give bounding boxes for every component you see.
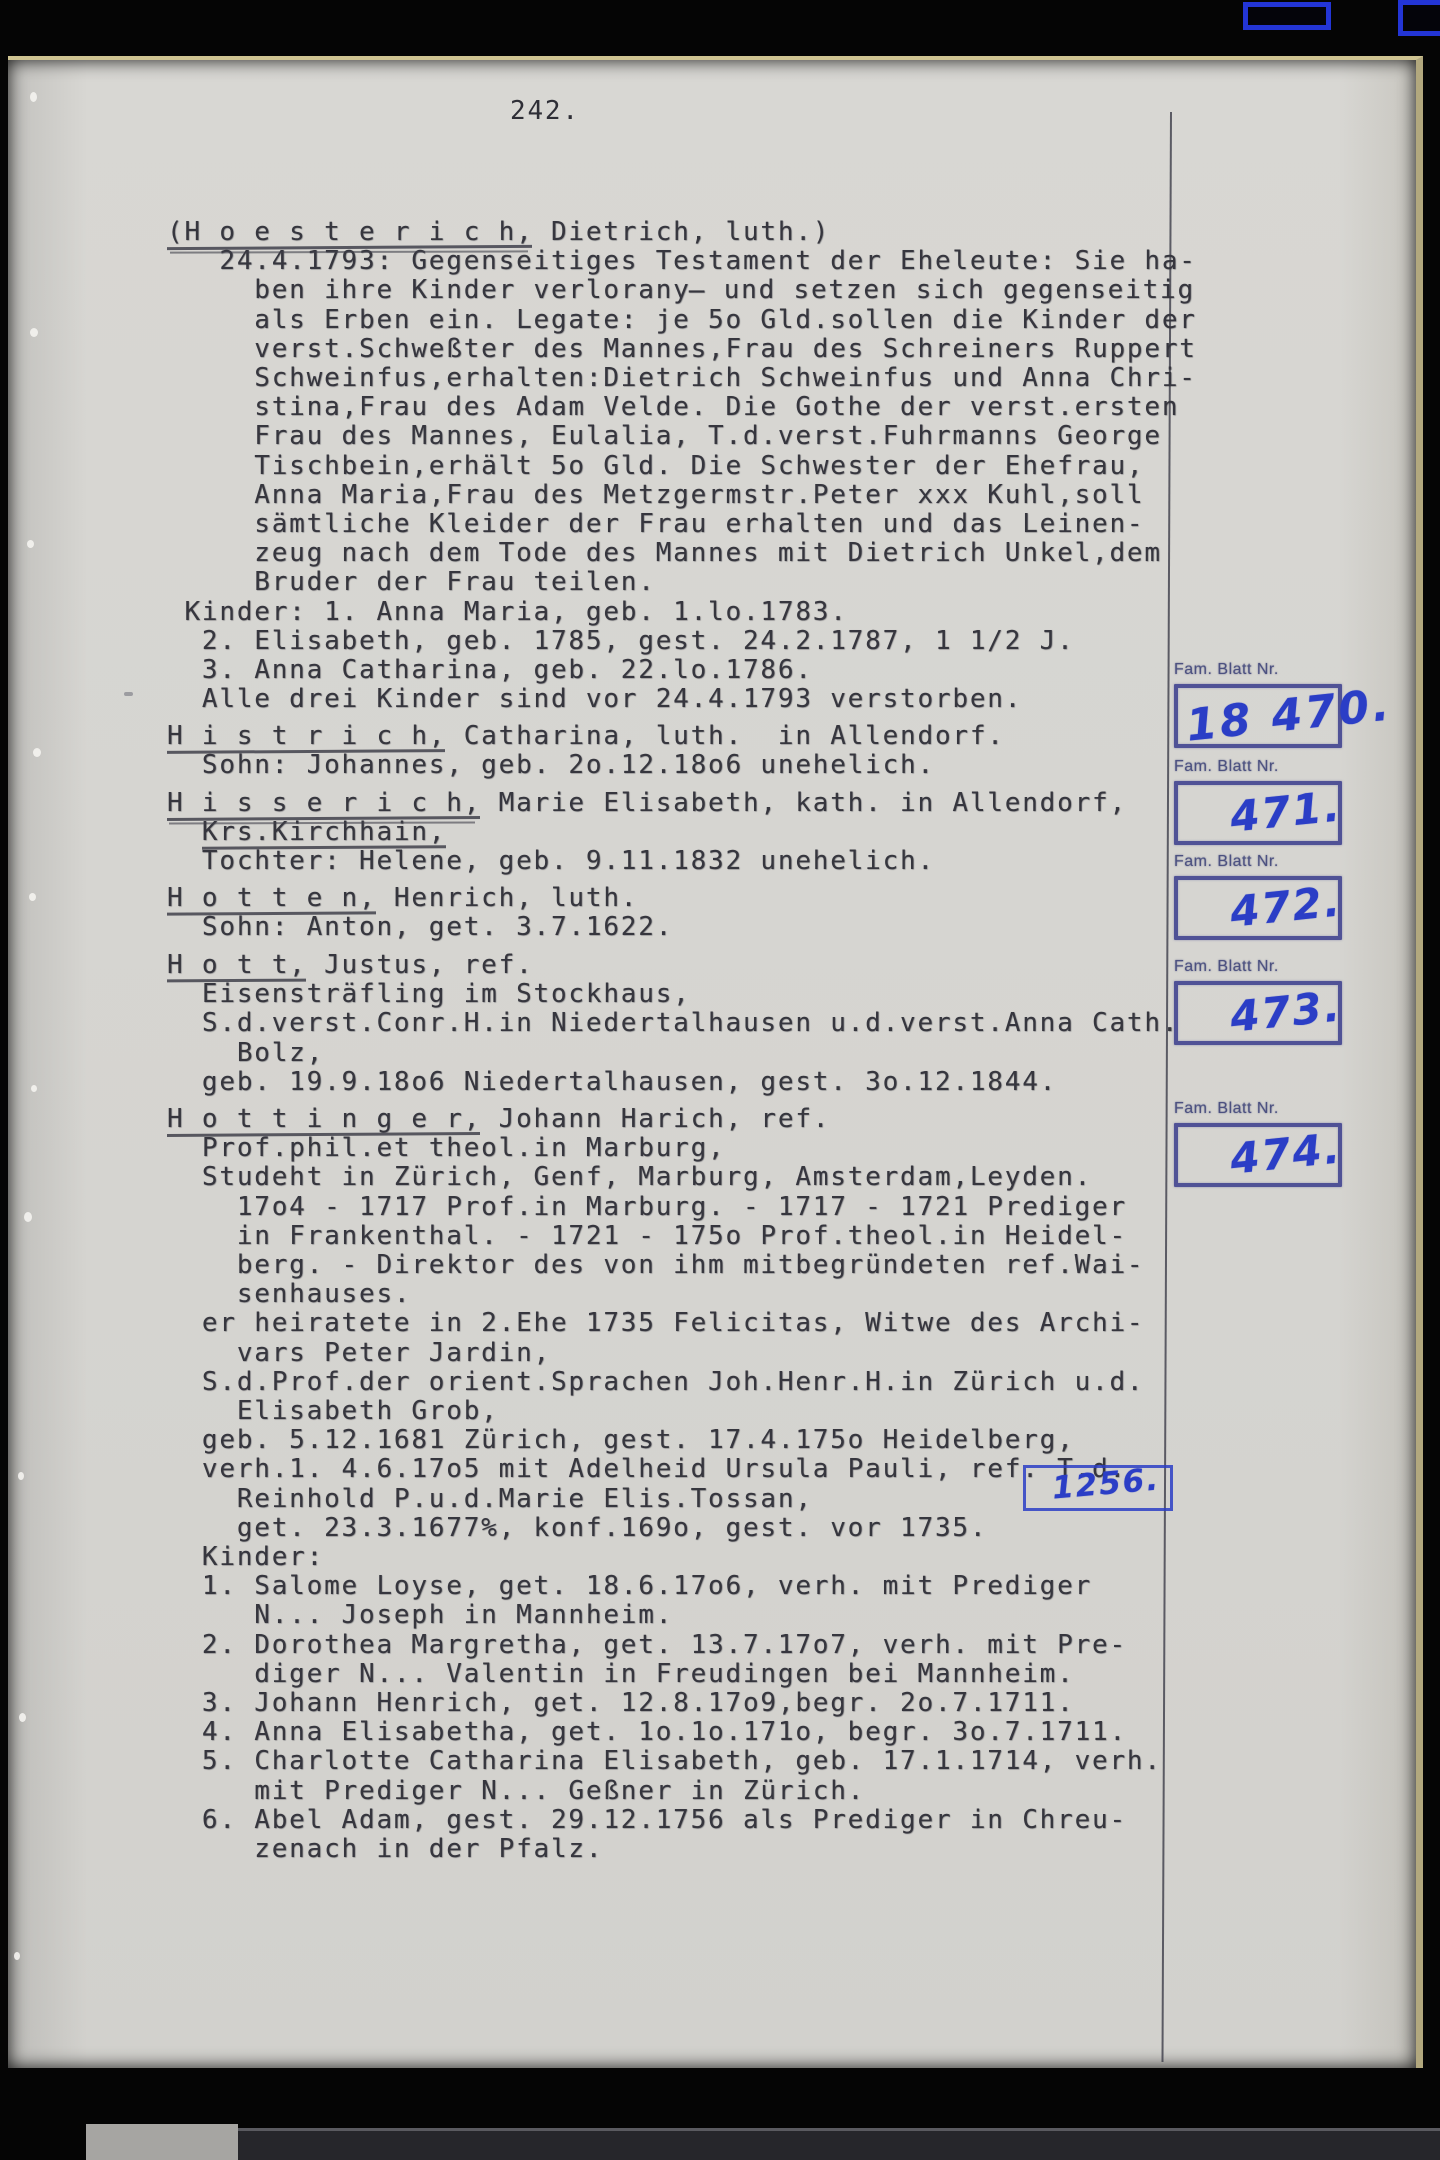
- dust-speck: [27, 540, 34, 548]
- microfilm-scan-frame: 242. (H o e s t e r i c h, Dietrich, lut…: [0, 0, 1440, 2160]
- stamp-number-handwritten: 474.: [1228, 1123, 1344, 1183]
- dust-speck: [30, 328, 38, 337]
- fam-blatt-stamp-1: Fam. Blatt Nr. 18 470.: [1174, 661, 1364, 748]
- stamp-number-handwritten: 18 470.: [1184, 679, 1394, 751]
- stamp-label: Fam. Blatt Nr.: [1174, 1100, 1364, 1118]
- fam-blatt-stamp-3: Fam. Blatt Nr. 472.: [1174, 853, 1364, 940]
- stamp-number-handwritten: 472.: [1228, 876, 1344, 936]
- dust-speck: [14, 1952, 20, 1960]
- fam-blatt-stamp-4: Fam. Blatt Nr. 473.: [1174, 958, 1364, 1045]
- stamp-label: Fam. Blatt Nr.: [1174, 958, 1364, 976]
- dust-speck: [24, 1212, 32, 1222]
- ink-smudge: [124, 692, 133, 696]
- fam-blatt-stamp-2: Fam. Blatt Nr. 471.: [1174, 758, 1364, 845]
- fam-blatt-stamp-5: Fam. Blatt Nr. 474.: [1174, 1100, 1364, 1187]
- stamp-box: 474.: [1174, 1123, 1342, 1187]
- page-number: 242.: [510, 96, 580, 126]
- stamp-label: Fam. Blatt Nr.: [1174, 853, 1364, 871]
- stamp-box: 18 470.: [1174, 684, 1342, 748]
- stamp-box: 471.: [1174, 781, 1342, 845]
- dust-speck: [31, 1085, 37, 1092]
- ref-number-handwritten: 1256.: [1051, 1461, 1162, 1506]
- dust-speck: [33, 748, 41, 757]
- stamp-box: 473.: [1174, 981, 1342, 1045]
- film-marker-icon: [1243, 2, 1331, 30]
- film-marker-icon: [1398, 0, 1440, 36]
- dust-speck: [29, 893, 36, 901]
- stamp-box: 472.: [1174, 876, 1342, 940]
- stamp-label: Fam. Blatt Nr.: [1174, 661, 1364, 679]
- stamp-label: Fam. Blatt Nr.: [1174, 758, 1364, 776]
- stamp-number-handwritten: 473.: [1228, 981, 1344, 1041]
- bottom-strip-light: [86, 2124, 238, 2160]
- entry-hoesterich-dietrich: (H o e s t e r i c h, Dietrich, luth.) 2…: [167, 218, 1197, 714]
- dust-speck: [18, 1472, 24, 1480]
- stamp-number-handwritten: 471.: [1228, 781, 1344, 841]
- entry-hott-justus: H o t t, Justus, ref. Eisensträfling im …: [167, 951, 1179, 1097]
- entry-hottinger-johann-harich: H o t t i n g e r, Johann Harich, ref. P…: [167, 1105, 1162, 1864]
- dust-speck: [30, 92, 37, 102]
- entry-hisserich-marie-elisabeth: H i s s e r i c h, Marie Elisabeth, kath…: [167, 789, 1127, 877]
- handwritten-ref-box: 1256.: [1023, 1465, 1173, 1511]
- bottom-strip-dark: [238, 2128, 1440, 2160]
- dust-speck: [19, 1713, 26, 1722]
